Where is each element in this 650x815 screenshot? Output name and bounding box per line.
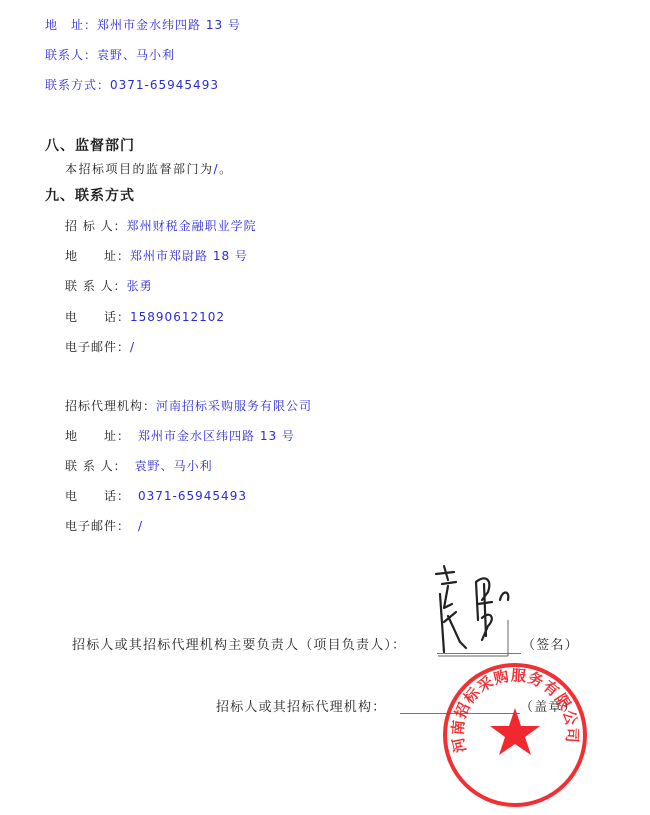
tenderer-phone-label: 电 话： bbox=[65, 310, 130, 324]
tenderer-address-label: 地 址： bbox=[65, 249, 130, 263]
section8-body-prefix: 本招标项目的监督部门为 bbox=[65, 162, 214, 176]
tenderer-name-value: 郑州财税金融职业学院 bbox=[127, 219, 257, 233]
agency-address-row-2: 地 址：郑州市金水区纬四路 13 号 bbox=[65, 429, 295, 443]
agency-contact-value-2: 袁野、马小利 bbox=[135, 459, 213, 473]
agency-phone-value: 0371-65945493 bbox=[110, 78, 219, 92]
tenderer-phone-value: 15890612102 bbox=[130, 310, 225, 324]
tenderer-email-value: / bbox=[130, 340, 135, 354]
tenderer-contact-value: 张勇 bbox=[127, 279, 153, 293]
agency-phone-label: 联系方式： bbox=[45, 78, 110, 92]
tenderer-name-label: 招 标 人： bbox=[65, 219, 127, 233]
agency-contact-value: 袁野、马小利 bbox=[97, 48, 175, 62]
tenderer-address-value: 郑州市郑尉路 18 号 bbox=[130, 249, 248, 263]
agency-address-label: 地 址： bbox=[45, 18, 97, 32]
agency-contact-row-2: 联 系 人：袁野、马小利 bbox=[65, 459, 213, 473]
tenderer-contact-row: 联 系 人：张勇 bbox=[65, 279, 153, 293]
agency-name-label: 招标代理机构： bbox=[65, 399, 156, 413]
agency-email-value-2: / bbox=[138, 519, 143, 533]
agency-email-row-2: 电子邮件：/ bbox=[65, 519, 143, 533]
agency-contact-label: 联系人： bbox=[45, 48, 97, 62]
star-icon bbox=[490, 708, 540, 755]
tenderer-contact-label: 联 系 人： bbox=[65, 279, 127, 293]
org-seal-label: 招标人或其招标代理机构： bbox=[216, 700, 386, 715]
agency-contact-label-2: 联 系 人： bbox=[65, 459, 127, 473]
agency-phone-label-2: 电 话： bbox=[65, 489, 130, 503]
agency-email-label-2: 电子邮件： bbox=[65, 519, 130, 533]
tenderer-name-row: 招 标 人：郑州财税金融职业学院 bbox=[65, 219, 257, 233]
section8-heading: 八、监督部门 bbox=[45, 138, 135, 154]
agency-phone-value-2: 0371-65945493 bbox=[138, 489, 247, 503]
head-signature-label: 招标人或其招标代理机构主要负责人（项目负责人）： bbox=[72, 638, 406, 653]
agency-phone-row-2: 电 话：0371-65945493 bbox=[65, 489, 247, 503]
handwritten-signature bbox=[430, 560, 520, 660]
tenderer-phone-row: 电 话：15890612102 bbox=[65, 310, 225, 324]
company-seal-stamp: 河南招标采购服务有限公司 bbox=[440, 660, 590, 810]
tenderer-email-label: 电子邮件： bbox=[65, 340, 130, 354]
agency-phone-row: 联系方式：0371-65945493 bbox=[45, 78, 219, 92]
agency-address-label-2: 地 址： bbox=[65, 429, 130, 443]
section8-body-suffix: 。 bbox=[219, 162, 233, 176]
tenderer-address-row: 地 址：郑州市郑尉路 18 号 bbox=[65, 249, 248, 263]
agency-address-row: 地 址：郑州市金水纬四路 13 号 bbox=[45, 18, 241, 32]
agency-contact-row: 联系人：袁野、马小利 bbox=[45, 48, 175, 62]
sign-suffix: （签名） bbox=[522, 638, 579, 653]
section8-body: 本招标项目的监督部门为/。 bbox=[65, 162, 233, 176]
agency-address-value: 郑州市金水纬四路 13 号 bbox=[97, 18, 241, 32]
agency-address-value-2: 郑州市金水区纬四路 13 号 bbox=[138, 429, 295, 443]
section9-heading: 九、联系方式 bbox=[45, 188, 135, 204]
agency-name-row: 招标代理机构：河南招标采购服务有限公司 bbox=[65, 399, 312, 413]
agency-name-value: 河南招标采购服务有限公司 bbox=[156, 399, 312, 413]
tenderer-email-row: 电子邮件：/ bbox=[65, 340, 135, 354]
